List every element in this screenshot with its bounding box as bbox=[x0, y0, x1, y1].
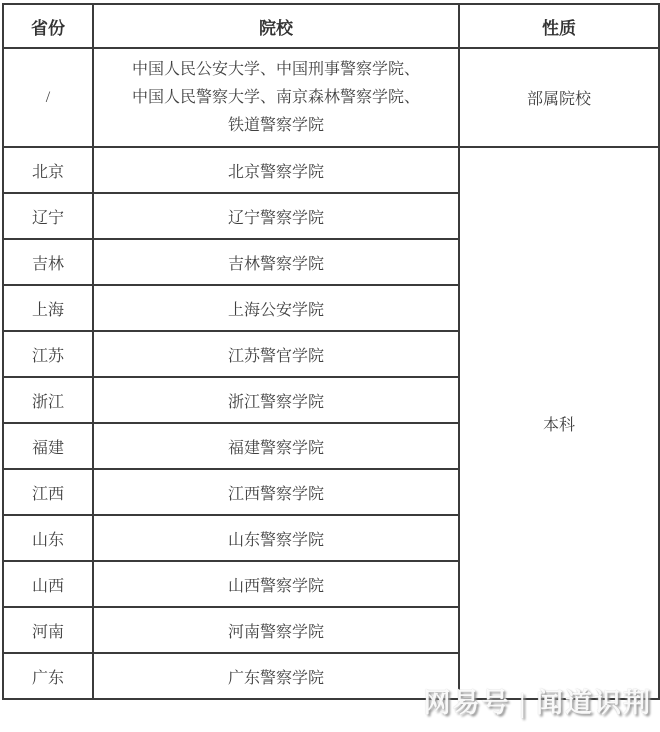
school-cell: 山西警察学院 bbox=[93, 561, 459, 607]
province-cell: / bbox=[3, 48, 93, 147]
province-cell: 北京 bbox=[3, 147, 93, 193]
province-cell: 山东 bbox=[3, 515, 93, 561]
province-cell: 辽宁 bbox=[3, 193, 93, 239]
table-row-ministry: / 中国人民公安大学、中国刑事警察学院、 中国人民警察大学、南京森林警察学院、 … bbox=[3, 48, 659, 147]
school-cell: 浙江警察学院 bbox=[93, 377, 459, 423]
province-cell: 吉林 bbox=[3, 239, 93, 285]
table-header-row: 省份 院校 性质 bbox=[3, 4, 659, 48]
province-cell: 浙江 bbox=[3, 377, 93, 423]
province-cell: 广东 bbox=[3, 653, 93, 699]
school-cell: 河南警察学院 bbox=[93, 607, 459, 653]
nature-cell-ministry: 部属院校 bbox=[459, 48, 659, 147]
school-cell: 北京警察学院 bbox=[93, 147, 459, 193]
school-cell: 福建警察学院 bbox=[93, 423, 459, 469]
header-province: 省份 bbox=[3, 4, 93, 48]
school-cell: 山东警察学院 bbox=[93, 515, 459, 561]
school-cell: 辽宁警察学院 bbox=[93, 193, 459, 239]
province-cell: 山西 bbox=[3, 561, 93, 607]
header-nature: 性质 bbox=[459, 4, 659, 48]
page: 省份 院校 性质 / 中国人民公安大学、中国刑事警察学院、 中国人民警察大学、南… bbox=[0, 0, 660, 732]
school-cell: 中国人民公安大学、中国刑事警察学院、 中国人民警察大学、南京森林警察学院、 铁道… bbox=[93, 48, 459, 147]
school-cell: 江苏警官学院 bbox=[93, 331, 459, 377]
school-cell: 江西警察学院 bbox=[93, 469, 459, 515]
header-school: 院校 bbox=[93, 4, 459, 48]
school-cell: 上海公安学院 bbox=[93, 285, 459, 331]
province-cell: 江苏 bbox=[3, 331, 93, 377]
school-cell: 广东警察学院 bbox=[93, 653, 459, 699]
nature-cell-undergraduate: 本科 bbox=[459, 147, 659, 699]
police-colleges-table: 省份 院校 性质 / 中国人民公安大学、中国刑事警察学院、 中国人民警察大学、南… bbox=[2, 3, 660, 700]
table-row: 北京 北京警察学院 本科 bbox=[3, 147, 659, 193]
province-cell: 福建 bbox=[3, 423, 93, 469]
province-cell: 上海 bbox=[3, 285, 93, 331]
province-cell: 江西 bbox=[3, 469, 93, 515]
province-cell: 河南 bbox=[3, 607, 93, 653]
school-cell: 吉林警察学院 bbox=[93, 239, 459, 285]
